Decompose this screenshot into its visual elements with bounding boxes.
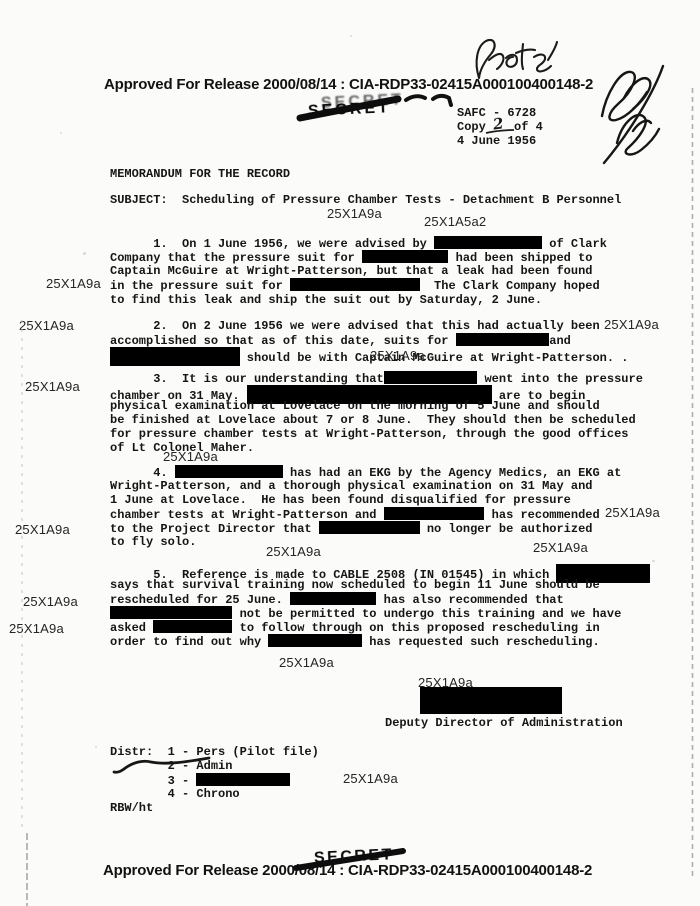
body-line: 1 June at Lovelace. He has been found di… [110, 493, 571, 507]
stamp-smear-mark [433, 96, 451, 105]
body-line: MEMORANDUM FOR THE RECORD [110, 167, 290, 181]
body-line: 2 - Admin [110, 759, 232, 773]
redaction-bar [362, 250, 448, 263]
body-line: to find this leak and ship the suit out … [110, 293, 542, 307]
margin-annotation: 25X1A9a [605, 505, 660, 520]
margin-annotation: 25X1A9a [46, 276, 101, 291]
document-page: Approved For Release 2000/08/14 : CIA-RD… [0, 0, 700, 906]
margin-annotation: 25X1A9a [266, 544, 321, 559]
margin-annotation: 25X1A9a [604, 317, 659, 332]
redaction-bar [290, 592, 376, 605]
body-line: Captain McGuire at Wright-Patterson, but… [110, 264, 592, 278]
body-line: not be permitted to undergo this trainin… [110, 606, 621, 621]
margin-annotation: 25X1A9a [19, 318, 74, 333]
scan-speck [350, 35, 352, 37]
margin-annotation: 25X1A5a2 [424, 214, 486, 229]
margin-annotation: 25X1A9a [370, 348, 425, 363]
copy-line-prefix: Copy [457, 120, 486, 134]
body-line: be finished at Lovelace about 7 or 8 Jun… [110, 413, 636, 427]
scan-speck [60, 132, 62, 134]
margin-annotation: 25X1A9a [9, 621, 64, 636]
redaction-bar [153, 620, 232, 633]
stamp-smear-mark [406, 96, 425, 100]
redaction-bar [268, 634, 362, 647]
body-line: SUBJECT: Scheduling of Pressure Chamber … [110, 193, 621, 207]
body-line: 2. On 2 June 1956 we were advised that t… [110, 319, 600, 333]
body-line: says that survival training now schedule… [110, 578, 600, 592]
redaction-bar [110, 347, 240, 366]
secret-stamp-top: SECRET [308, 99, 392, 121]
body-line: 3. It is our understanding that went int… [110, 371, 643, 386]
body-line: accomplished so that as of this date, su… [110, 333, 571, 348]
margin-annotation: 25X1A9a [533, 540, 588, 555]
redaction-bar [434, 236, 542, 249]
redaction-bar [196, 773, 290, 786]
scan-speck [652, 560, 655, 562]
body-line: in the pressure suit for The Clark Compa… [110, 278, 600, 293]
body-line: Distr: 1 - Pers (Pilot file) [110, 745, 319, 759]
copy-line-suffix: of 4 [514, 120, 543, 134]
body-line: 4. has had an EKG by the Agency Medics, … [110, 465, 621, 480]
margin-annotation: 25X1A9a [25, 379, 80, 394]
body-line: to the Project Director that no longer b… [110, 521, 592, 536]
footer-approval-line: Approved For Release 2000/08/14 : CIA-RD… [103, 862, 592, 880]
body-line: Company that the pressure suit for had b… [110, 250, 592, 265]
scan-speck [95, 746, 97, 748]
redaction-bar [384, 371, 478, 384]
margin-annotation: 25X1A9a [163, 449, 218, 464]
signature-redaction-box [420, 687, 562, 714]
margin-annotation: 25X1A9a [279, 655, 334, 670]
body-line: order to find out why has requested such… [110, 634, 600, 649]
redaction-bar [319, 521, 420, 534]
body-line: Wright-Patterson, and a thorough physica… [110, 479, 592, 493]
redaction-bar [175, 465, 283, 478]
body-line: asked to follow through on this proposed… [110, 620, 600, 635]
body-line: to fly solo. [110, 535, 196, 549]
redaction-bar [384, 507, 485, 520]
body-line: physical examination at Lovelace on the … [110, 399, 600, 413]
redaction-bar [456, 333, 550, 346]
margin-annotation: 25X1A9a [15, 522, 70, 537]
header-approval-line: Approved For Release 2000/08/14 : CIA-RD… [104, 76, 593, 94]
body-line: rescheduled for 25 June. has also recomm… [110, 592, 564, 607]
doc-date: 4 June 1956 [457, 134, 536, 148]
margin-annotation: 25X1A9a [343, 771, 398, 786]
body-line: RBW/ht [110, 801, 153, 815]
body-line: 4 - Chrono [110, 787, 240, 801]
margin-annotation: 25X1A9a [327, 206, 382, 221]
body-line: 1. On 1 June 1956, we were advised by of… [110, 236, 607, 251]
redaction-bar [110, 606, 232, 619]
handwritten-pilots-note [477, 40, 557, 78]
scan-speck [83, 252, 86, 255]
redaction-bar [290, 278, 420, 291]
body-line: 3 - [110, 773, 290, 788]
body-line: for pressure chamber tests at Wright-Pat… [110, 427, 628, 441]
margin-annotation: 25X1A9a [23, 594, 78, 609]
signature-title: Deputy Director of Administration [385, 716, 623, 730]
handwritten-signature-scribble [602, 66, 663, 163]
body-line: chamber tests at Wright-Patterson and ha… [110, 507, 600, 522]
